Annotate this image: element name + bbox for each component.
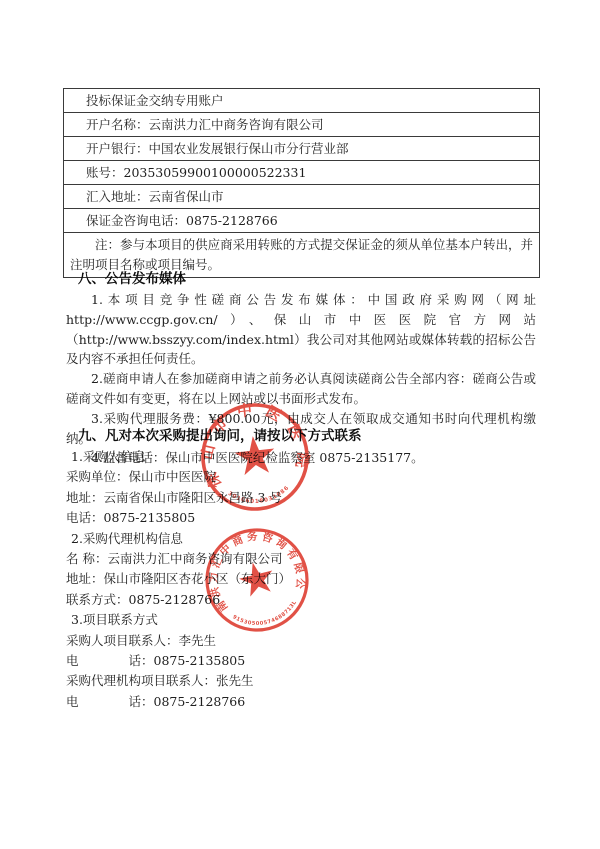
table-row: 开户名称：云南洪力汇中商务咨询有限公司: [64, 113, 539, 137]
paragraph: 2.磋商申请人在参加磋商申请之前务必认真阅读磋商公告全部内容：磋商公告或磋商文件…: [66, 369, 536, 409]
section-contact-info: 九、凡对本次采购提出询问，请按以下方式联系 1.采购人信息 采购单位：保山市中医…: [66, 426, 536, 712]
table-row: 保证金咨询电话：0875-2128766: [64, 209, 539, 233]
contact-line: 采购单位：保山市中医医院: [66, 467, 536, 487]
contact-line: 1.采购人信息: [71, 447, 536, 467]
table-row: 账号：20353059900100000522331: [64, 161, 539, 185]
contact-line: 联系方式：0875-2128766: [66, 590, 536, 610]
document-page: 投标保证金交纳专用账户 开户名称：云南洪力汇中商务咨询有限公司 开户银行：中国农…: [0, 0, 600, 849]
contact-line: 采购代理机构项目联系人：张先生: [66, 671, 536, 691]
table-row: 投标保证金交纳专用账户: [64, 89, 539, 113]
contact-line: 地址：云南省保山市隆阳区永昌路 3 号: [66, 488, 536, 508]
paragraph: 1.本项目竞争性磋商公告发布媒体：中国政府采购网（网址 http://www.c…: [66, 290, 536, 369]
contact-line: 名 称：云南洪力汇中商务咨询有限公司: [66, 549, 536, 569]
section-heading: 九、凡对本次采购提出询问，请按以下方式联系: [78, 426, 536, 447]
contact-line: 地址：保山市隆阳区杏花小区（东大门）: [66, 569, 536, 589]
section-heading: 八、公告发布媒体: [78, 269, 536, 290]
contact-line: 2.采购代理机构信息: [71, 529, 536, 549]
contact-line: 电 话：0875-2135805: [66, 651, 536, 671]
contact-line: 3.项目联系方式: [71, 610, 536, 630]
table-row: 汇入地址：云南省保山市: [64, 185, 539, 209]
table-row: 开户银行：中国农业发展银行保山市分行营业部: [64, 137, 539, 161]
contact-line: 电话：0875-2135805: [66, 508, 536, 528]
deposit-account-table: 投标保证金交纳专用账户 开户名称：云南洪力汇中商务咨询有限公司 开户银行：中国农…: [63, 88, 540, 278]
contact-line: 电 话：0875-2128766: [66, 692, 536, 712]
contact-line: 采购人项目联系人：李先生: [66, 631, 536, 651]
